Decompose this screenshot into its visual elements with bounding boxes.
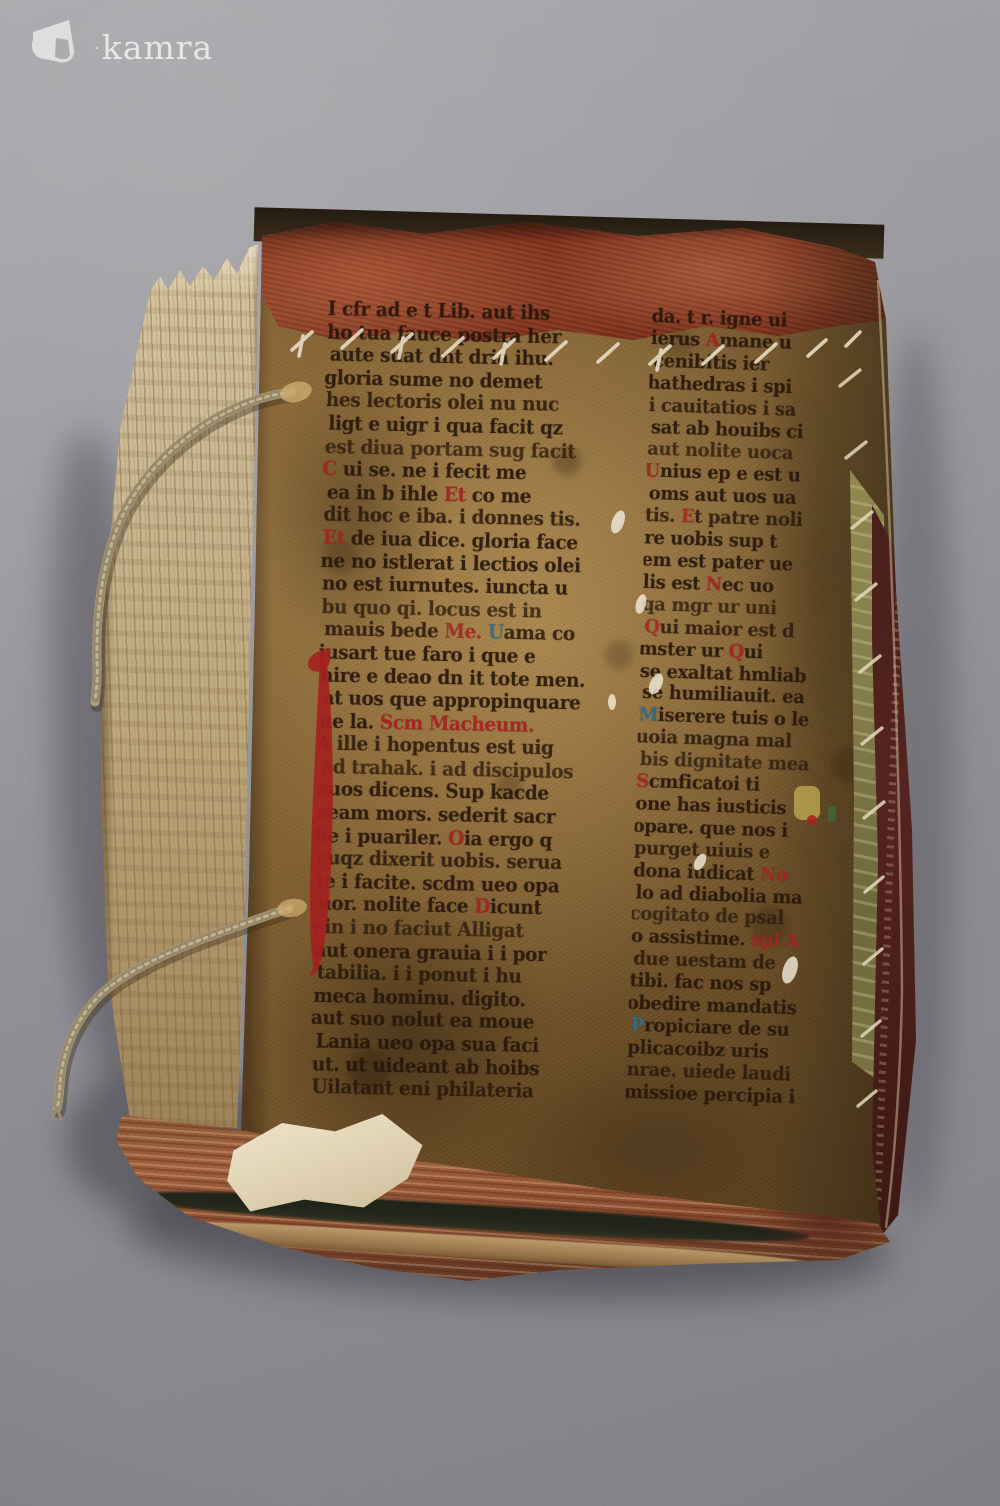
text-column-right: da. t r. igne uiierus Amane ucenibitis i…: [626, 306, 892, 1111]
fore-edge-pages: [98, 240, 266, 1140]
book-cover: I cfr ad e t Lib. aut ihsho tua fauce po…: [238, 214, 910, 1248]
kamra-logo-prefix: ·: [94, 39, 98, 57]
fore-edge-frayed-top: [98, 240, 266, 310]
kamra-logo-text: kamra: [102, 28, 213, 67]
kamra-logo: · kamra: [26, 16, 213, 72]
photo-of-manuscript-book: · kamra I cfr ad e t Lib. aut ihsho tua …: [0, 0, 1000, 1506]
text-column-left: I cfr ad e t Lib. aut ihsho tua fauce po…: [311, 298, 650, 1106]
kamra-logo-mark-icon: [26, 16, 88, 72]
